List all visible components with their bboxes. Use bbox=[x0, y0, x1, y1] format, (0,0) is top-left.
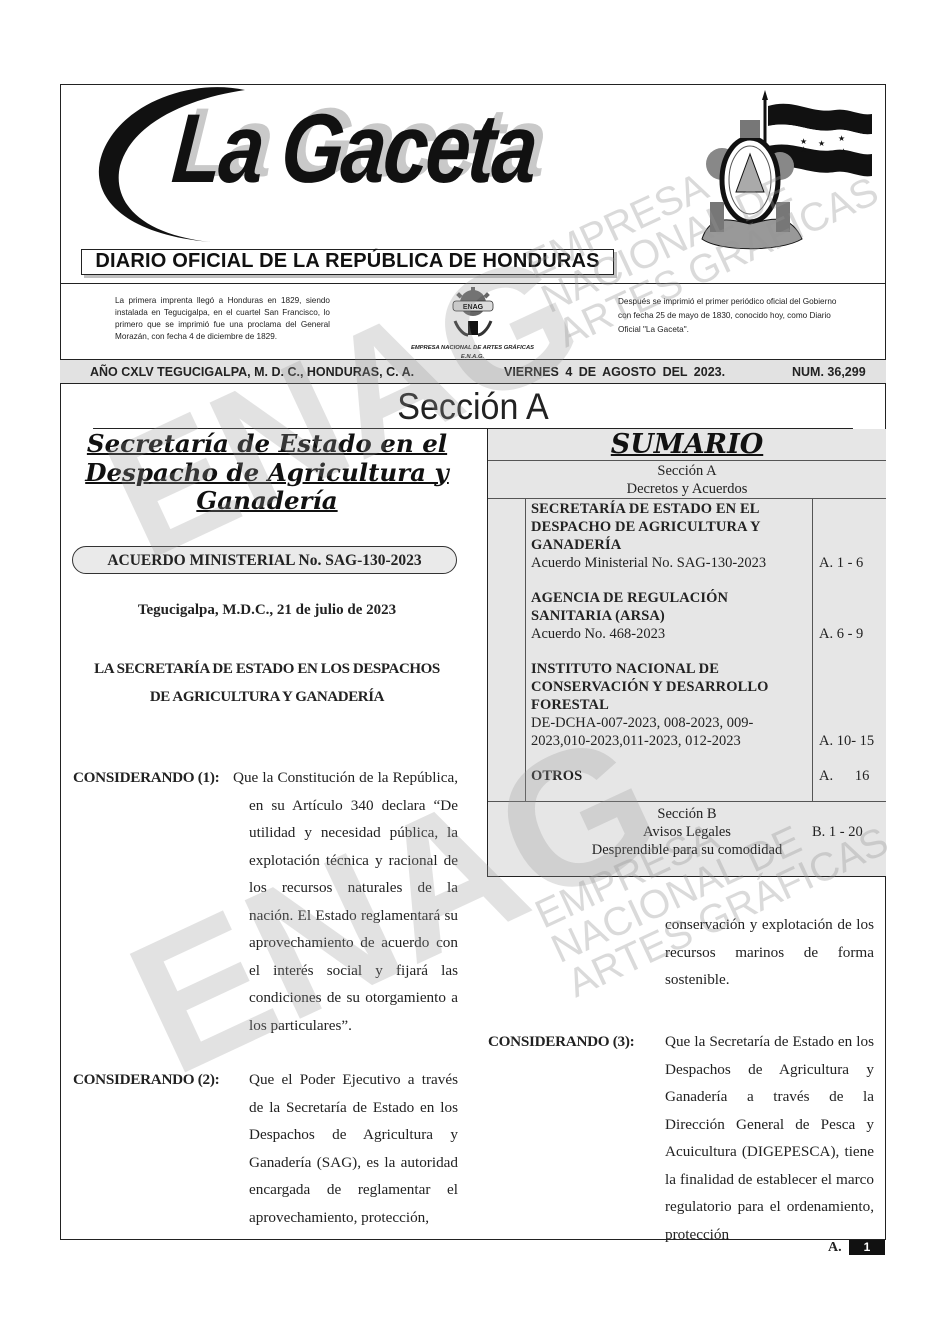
newspaper-subtitle: DIARIO OFICIAL DE LA REPÚBLICA DE HONDUR… bbox=[81, 249, 614, 275]
divider bbox=[812, 499, 813, 801]
entry-pages: A. 16 bbox=[819, 767, 883, 785]
sumario-section-a: Sección A Decretos y Acuerdos bbox=[488, 461, 886, 499]
enag-caption: EMPRESA NACIONAL DE ARTES GRÁFICAS bbox=[405, 344, 540, 353]
year-place: AÑO CXLV TEGUCIGALPA, M. D. C., HONDURAS… bbox=[90, 360, 414, 384]
considerando-2: CONSIDERANDO (2): Que el Poder Ejecutivo… bbox=[73, 1066, 458, 1231]
sumario-section-b: Sección B Avisos Legales Desprendible pa… bbox=[488, 801, 886, 877]
sumario-entry[interactable]: AGENCIA DE REGULACIÓN SANITARIA (ARSA) A… bbox=[531, 589, 811, 643]
section-a-subtitle: Decretos y Acuerdos bbox=[488, 480, 886, 498]
entry-pages: A. 1 - 6 bbox=[819, 554, 883, 572]
coat-of-arms-flag-icon: ★ ★ ★ ★ ★ bbox=[660, 84, 880, 274]
entry-detail: Acuerdo Ministerial No. SAG-130-2023 bbox=[531, 554, 811, 572]
svg-text:★: ★ bbox=[818, 139, 825, 148]
entry-pages: A. 10- 15 bbox=[819, 732, 883, 750]
entry-heading: SECRETARÍA DE ESTADO EN EL DESPACHO DE A… bbox=[531, 500, 811, 554]
issue-date: VIERNES 4 DE AGOSTO DEL 2023. bbox=[504, 360, 725, 384]
entry-heading: OTROS bbox=[531, 767, 811, 785]
sumario-box: SUMARIO Sección A Decretos y Acuerdos SE… bbox=[487, 429, 886, 877]
place-date: Tegucigalpa, M.D.C., 21 de julio de 2023 bbox=[68, 602, 466, 619]
considerando-text: Que la Constitución de la República, en … bbox=[249, 764, 458, 1039]
issue-number: NUM. 36,299 bbox=[792, 360, 866, 384]
agreement-number: ACUERDO MINISTERIAL No. SAG-130-2023 bbox=[72, 546, 457, 574]
considerando-label: CONSIDERANDO (1): bbox=[73, 764, 219, 792]
issuer: LA SECRETARÍA DE ESTADO EN LOS DESPACHOS… bbox=[68, 655, 466, 711]
sumario-entry[interactable]: OTROS bbox=[531, 767, 811, 785]
svg-text:★: ★ bbox=[838, 134, 845, 143]
history-note-left: La primera imprenta llegó a Honduras en … bbox=[115, 295, 330, 343]
info-band: La primera imprenta llegó a Honduras en … bbox=[60, 284, 886, 360]
considerando-text: conservación y explotación de los recurs… bbox=[665, 911, 874, 994]
svg-text:ENAG: ENAG bbox=[462, 304, 483, 311]
issuer-line-2: DE AGRICULTURA Y GANADERÍA bbox=[68, 683, 466, 711]
sumario-table: SECRETARÍA DE ESTADO EN EL DESPACHO DE A… bbox=[488, 499, 886, 801]
entry-heading: AGENCIA DE REGULACIÓN SANITARIA (ARSA) bbox=[531, 589, 811, 625]
svg-text:★: ★ bbox=[840, 147, 847, 156]
masthead: La Gaceta DIARIO OFICIAL DE LA REPÚBLICA… bbox=[60, 84, 886, 284]
considerando-3: CONSIDERANDO (3): Que la Secretaría de E… bbox=[488, 1028, 874, 1228]
sumario-entry[interactable]: SECRETARÍA DE ESTADO EN EL DESPACHO DE A… bbox=[531, 500, 811, 572]
entry-pages: A. 6 - 9 bbox=[819, 625, 883, 643]
divider bbox=[525, 499, 526, 801]
section-b-pages: B. 1 - 20 bbox=[812, 823, 863, 841]
newspaper-title: La Gaceta bbox=[168, 92, 540, 205]
entry-heading: INSTITUTO NACIONAL DE CONSERVACIÓN Y DES… bbox=[531, 660, 811, 714]
date-bar: AÑO CXLV TEGUCIGALPA, M. D. C., HONDURAS… bbox=[60, 360, 886, 384]
enag-logo: ENAG EMPRESA NACIONAL DE ARTES GRÁFICAS … bbox=[405, 287, 540, 359]
section-a-label: Sección A bbox=[488, 462, 886, 480]
enag-gear-icon: ENAG bbox=[451, 287, 495, 339]
considerando-label: CONSIDERANDO (2): bbox=[73, 1066, 219, 1094]
page-prefix: A. bbox=[828, 1240, 842, 1256]
sumario-title: SUMARIO bbox=[488, 429, 886, 461]
considerando-label: CONSIDERANDO (3): bbox=[488, 1028, 634, 1056]
considerando-1: CONSIDERANDO (1): Que la Constitución de… bbox=[73, 764, 458, 1044]
section-title: Sección A bbox=[93, 385, 853, 429]
considerando-text: Que la Secretaría de Estado en los Despa… bbox=[665, 1028, 874, 1248]
entry-detail: Acuerdo No. 468-2023 bbox=[531, 625, 811, 643]
svg-text:★: ★ bbox=[800, 145, 807, 154]
sumario-entry[interactable]: INSTITUTO NACIONAL DE CONSERVACIÓN Y DES… bbox=[531, 660, 811, 750]
page-number: 1 bbox=[849, 1240, 885, 1255]
department-title: Secretaría de Estado en el Despacho de A… bbox=[68, 430, 466, 516]
section-b-label: Sección B bbox=[488, 805, 886, 823]
section-b-note: Desprendible para su comodidad bbox=[488, 841, 886, 859]
issuer-line-1: LA SECRETARÍA DE ESTADO EN LOS DESPACHOS bbox=[68, 655, 466, 683]
history-note-right: Después se imprimió el primer periódico … bbox=[618, 295, 838, 337]
considerando-text: Que el Poder Ejecutivo a través de la Se… bbox=[249, 1066, 458, 1231]
entry-detail: DE-DCHA-007-2023, 008-2023, 009-2023,010… bbox=[531, 714, 811, 750]
